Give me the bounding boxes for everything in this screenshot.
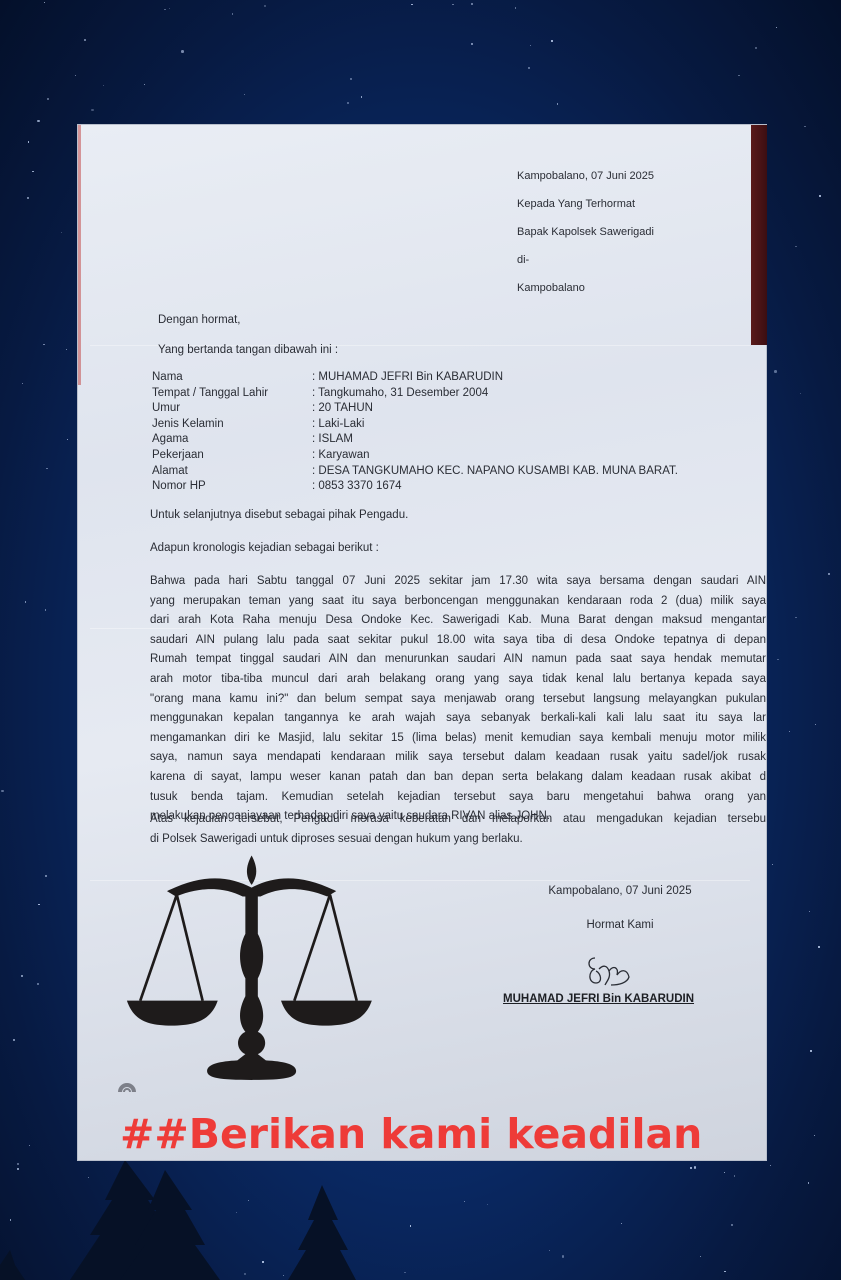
paragraph-line: dari arah Kota Raha menuju Desa Ondoke K…	[150, 611, 766, 631]
paragraph-line: "orang mana kamu ini?" dan belum sempat …	[150, 690, 766, 710]
identity-row: Agama: ISLAM	[152, 432, 678, 448]
intro-line: Yang bertanda tangan dibawah ini :	[158, 344, 338, 356]
header-at: di-	[517, 254, 654, 268]
paragraph-line: Bahwa pada hari Sabtu tanggal 07 Juni 20…	[150, 572, 766, 592]
identity-label: Nama	[152, 370, 312, 386]
identity-value: : Tangkumaho, 31 Desember 2004	[312, 386, 488, 402]
signoff-block: Kampobalano, 07 Juni 2025 Hormat Kami	[500, 885, 740, 931]
paragraph-line: Atas kejadian tersebut, Pengadu merasa k…	[150, 810, 766, 830]
identity-value: : 20 TAHUN	[312, 401, 373, 417]
identity-label: Umur	[152, 401, 312, 417]
identity-row: Alamat: DESA TANGKUMAHO KEC. NAPANO KUSA…	[152, 464, 678, 480]
identity-row: Nama: MUHAMAD JEFRI Bin KABARUDIN	[152, 370, 678, 386]
header-place-date: Kampobalano, 07 Juni 2025	[517, 170, 654, 184]
identity-row: Jenis Kelamin: Laki-Laki	[152, 417, 678, 433]
salutation: Dengan hormat,	[158, 314, 240, 326]
identity-value: : MUHAMAD JEFRI Bin KABARUDIN	[312, 370, 503, 386]
header-to-line: Kepada Yang Terhormat	[517, 198, 654, 212]
identity-row: Nomor HP: 0853 3370 1674	[152, 479, 678, 495]
header-recipient: Bapak Kapolsek Sawerigadi	[517, 226, 654, 240]
identity-value: : DESA TANGKUMAHO KEC. NAPANO KUSAMBI KA…	[312, 464, 678, 480]
identity-label: Alamat	[152, 464, 312, 480]
paragraph-line: saya, namun saya mendapati kendaraan mil…	[150, 748, 766, 768]
justice-banner: ##Berikan kami keadilan	[120, 1110, 702, 1158]
identity-value: : 0853 3370 1674	[312, 479, 402, 495]
identity-value: : Karyawan	[312, 448, 370, 464]
identity-value: : ISLAM	[312, 432, 353, 448]
pine-trees-silhouette	[0, 1140, 841, 1280]
chronology-paragraph: Bahwa pada hari Sabtu tanggal 07 Juni 20…	[150, 572, 766, 827]
designation-line: Untuk selanjutnya disebut sebagai pihak …	[150, 509, 408, 521]
signature-mark	[585, 955, 635, 989]
identity-label: Tempat / Tanggal Lahir	[152, 386, 312, 402]
paper-shadow-edge	[751, 125, 767, 345]
identity-label: Nomor HP	[152, 479, 312, 495]
identity-value: : Laki-Laki	[312, 417, 364, 433]
signoff-place-date: Kampobalano, 07 Juni 2025	[500, 885, 740, 897]
paragraph-line: arah motor tiba-tiba muncul dari arah be…	[150, 670, 766, 690]
identity-label: Pekerjaan	[152, 448, 312, 464]
identity-row: Pekerjaan: Karyawan	[152, 448, 678, 464]
identity-table: Nama: MUHAMAD JEFRI Bin KABARUDIN Tempat…	[152, 370, 678, 495]
paragraph-line: Rumah tempat tinggal saudari AIN dan men…	[150, 650, 766, 670]
paragraph-line: mengamankan diri ke Masjid, lalu sekitar…	[150, 729, 766, 749]
signer-name: MUHAMAD JEFRI Bin KABARUDIN	[503, 993, 694, 1005]
identity-row: Tempat / Tanggal Lahir: Tangkumaho, 31 D…	[152, 386, 678, 402]
paragraph-line: yang merupakan teman yang saat itu saya …	[150, 592, 766, 612]
app-watermark-icon	[116, 1078, 138, 1092]
chronology-intro: Adapun kronologis kejadian sebagai berik…	[150, 542, 379, 554]
paper-left-edge	[78, 125, 81, 385]
signoff-regards: Hormat Kami	[500, 919, 740, 931]
scales-of-justice-icon	[118, 842, 403, 1097]
paragraph-line: karena di sayat, lampu weser kanan patah…	[150, 768, 766, 788]
paragraph-line: saudari AIN pulang lalu pada saat sekita…	[150, 631, 766, 651]
identity-label: Jenis Kelamin	[152, 417, 312, 433]
identity-row: Umur: 20 TAHUN	[152, 401, 678, 417]
paragraph-line: menggunakan kepalan tangannya ke arah wa…	[150, 709, 766, 729]
identity-label: Agama	[152, 432, 312, 448]
header-location: Kampobalano	[517, 282, 654, 296]
paragraph-line: tusuk benda tajam. Kemudian setelah keja…	[150, 788, 766, 808]
letter-header: Kampobalano, 07 Juni 2025 Kepada Yang Te…	[517, 170, 654, 310]
